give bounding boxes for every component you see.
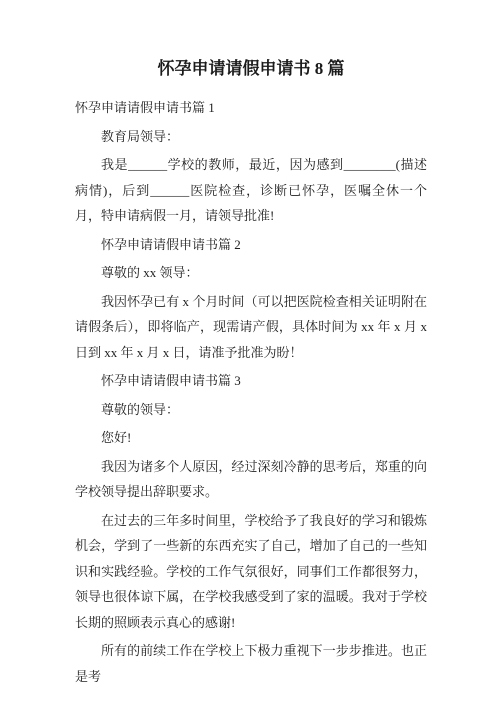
- section-1-body: 我是______学校的教师，最近，因为感到________(描述病情)，后到__…: [75, 152, 427, 229]
- section-3-greeting: 您好!: [75, 425, 427, 451]
- section-2-body: 我因怀孕已有 x 个月时间（可以把医院检查相关证明附在请假条后），即将临产，现需…: [75, 289, 427, 366]
- section-1-heading: 怀孕申请请假申请书篇 1: [75, 95, 427, 121]
- section-3-body-paragraph-1: 我因为诸多个人原因，经过深刻冷静的思考后，郑重的向学校领导提出辞职要求。: [75, 454, 427, 505]
- section-2-salutation: 尊敬的 xx 领导：: [75, 260, 427, 286]
- document-title: 怀孕申请请假申请书 8 篇: [75, 56, 427, 82]
- section-2-heading: 怀孕申请请假申请书篇 2: [75, 232, 427, 258]
- document-content: 怀孕申请请假申请书 8 篇 怀孕申请请假申请书篇 1 教育局领导： 我是____…: [0, 0, 500, 689]
- section-3-salutation: 尊敬的领导：: [75, 397, 427, 423]
- section-1-salutation: 教育局领导：: [75, 124, 427, 150]
- document-page: 怀孕申请请假申请书 8 篇 怀孕申请请假申请书篇 1 教育局领导： 我是____…: [0, 0, 500, 707]
- section-3-body-paragraph-3-truncated: 所有的前续工作在学校上下极力重视下一步步推进。也正是考: [75, 638, 427, 689]
- section-3-body-paragraph-2: 在过去的三年多时间里，学校给予了我良好的学习和锻炼机会，学到了一些新的东西充实了…: [75, 508, 427, 636]
- section-3-heading: 怀孕申请请假申请书篇 3: [75, 368, 427, 394]
